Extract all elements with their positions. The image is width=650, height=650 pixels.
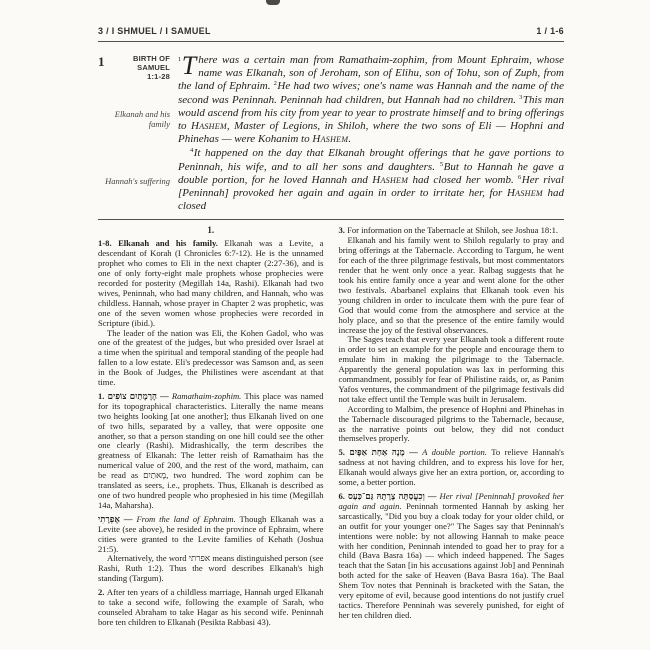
header-rule — [98, 41, 564, 42]
margin-note-hannah: Hannah's suffering — [98, 177, 170, 187]
verse-number: 4 — [190, 147, 193, 154]
commentary-paragraph: 1-8. Elkanah and his family. Elkanah was… — [98, 239, 324, 328]
translation-text: 1There was a certain man from Ramathaim-… — [178, 54, 564, 213]
scan-artifact — [266, 0, 280, 5]
commentary-paragraph: The leader of the nation was Eli, the Ko… — [98, 329, 324, 388]
header-book-title: 3 / I SHMUEL / I SAMUEL — [98, 26, 211, 36]
commentary-paragraph: Alternatively, the word אפרתי means dist… — [98, 554, 324, 584]
commentary-paragraph: 1. הָרָמָתַיִם צוֹפִים — Ramathaim-zophi… — [98, 392, 324, 511]
margin-column: 1 BIRTH OF SAMUEL 1:1-28 Elkanah and his… — [98, 54, 170, 81]
margin-note-elkanah: Elkanah and his family — [98, 110, 170, 129]
page-header: 3 / I SHMUEL / I SAMUEL 1 / 1-6 — [98, 26, 564, 36]
commentary-right-column: 3. For information on the Tabernacle at … — [339, 226, 565, 627]
translation-paragraph: 4It happened on the day that Elkanah bro… — [178, 147, 564, 213]
commentary-paragraph: 5. מָנָה אַחַת אַפָּיִם — A double porti… — [339, 448, 565, 488]
commentary-paragraph: 6. וְכִעֲסַתָּה צָרָתָהּ גַּם־כַּעַס — H… — [339, 492, 565, 621]
commentary-paragraph: According to Malbim, the presence of Hop… — [339, 405, 565, 445]
verse-number: 5 — [440, 161, 443, 168]
commentary-paragraph: אֶפְרָתִי — From the land of Ephraim. Th… — [98, 515, 324, 555]
commentary-paragraph: 2. After ten years of a childless marria… — [98, 588, 324, 628]
commentary-section-number: 1. — [98, 226, 324, 236]
commentary-paragraph: Elkanah and his family went to Shiloh re… — [339, 236, 565, 335]
book-page: 3 / I SHMUEL / I SAMUEL 1 / 1-6 1 BIRTH … — [98, 26, 564, 628]
chapter-number: 1 — [98, 54, 105, 70]
commentary-left-column: 1. 1-8. Elkanah and his family. Elkanah … — [98, 226, 324, 627]
section-divider-rule — [98, 219, 564, 220]
commentary-left-paragraphs: 1-8. Elkanah and his family. Elkanah was… — [98, 239, 324, 627]
drop-cap: 1T — [178, 55, 196, 78]
translation-section: 1 BIRTH OF SAMUEL 1:1-28 Elkanah and his… — [98, 54, 564, 213]
header-chapter-verses: 1 / 1-6 — [536, 26, 564, 36]
verse-number: 6 — [518, 174, 521, 181]
commentary-paragraph: The Sages teach that every year Elkanah … — [339, 335, 565, 404]
section-title: BIRTH OF SAMUEL 1:1-28 — [98, 54, 170, 81]
translation-paragraph: 1There was a certain man from Ramathaim-… — [178, 54, 564, 146]
verse-number: 3 — [519, 94, 522, 101]
commentary-section: 1. 1-8. Elkanah and his family. Elkanah … — [98, 226, 564, 627]
